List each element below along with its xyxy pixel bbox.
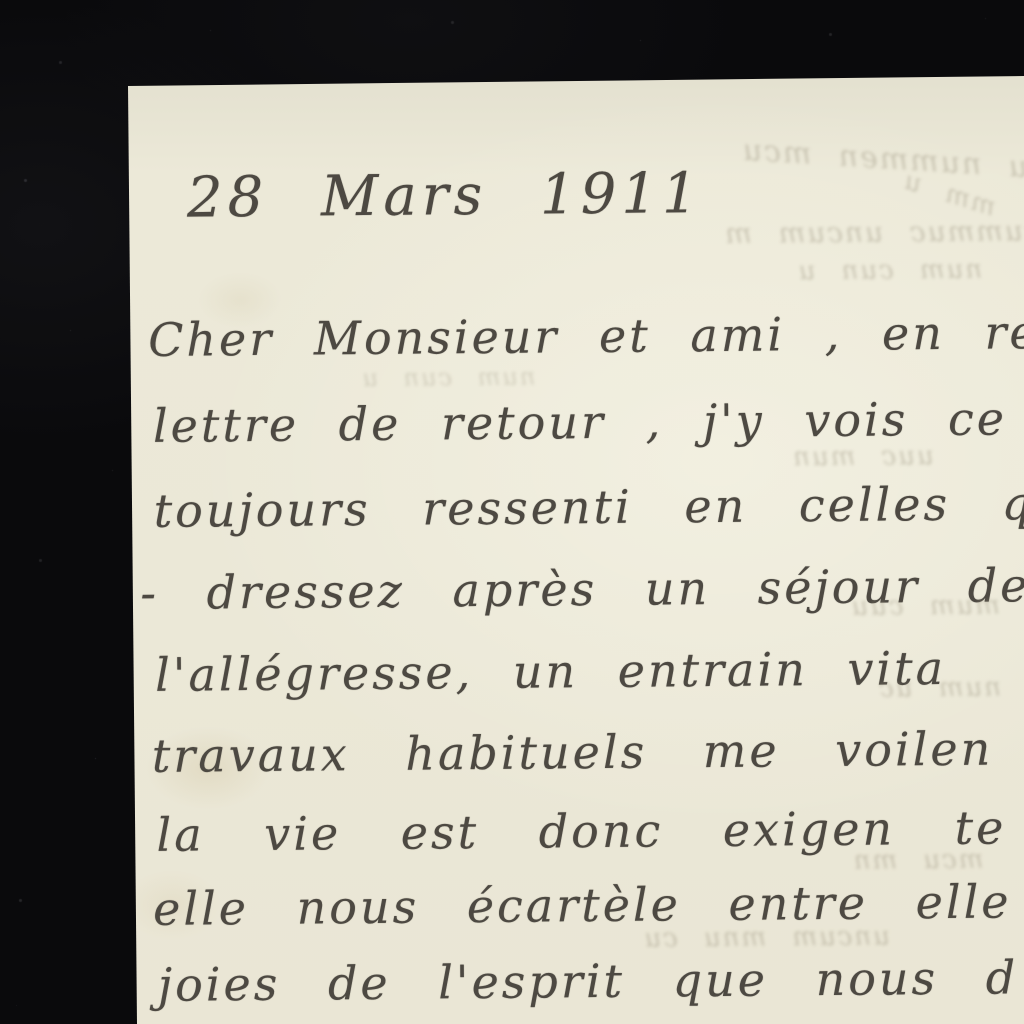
handwriting-layer: 28 Mars 1911 Cher Monsieur et ami , en r…	[0, 0, 1024, 1024]
dust-specks	[0, 0, 1, 1]
handwritten-line-6: travaux habituels me voilen	[152, 722, 994, 783]
bleedthrough-line: mum cuu	[849, 591, 1000, 622]
bleedthrough-line: uncum mnu cu	[642, 921, 890, 953]
handwritten-line-9: joies de l'esprit que nous d	[158, 950, 1019, 1012]
letter-paper: 28 Mars 1911 Cher Monsieur et ami , en r…	[0, 0, 1024, 1024]
bleedthrough-line: num cun u	[796, 255, 982, 287]
bleedthrough-line: num uc	[877, 673, 1001, 704]
handwritten-line-3: toujours ressenti en celles qu	[153, 476, 1024, 538]
handwritten-line-1: Cher Monsieur et ami , en re	[148, 305, 1024, 367]
letter-date: 28 Mars 1911	[187, 161, 703, 230]
handwritten-line-5: l'allégresse, un entrain vita	[155, 641, 946, 702]
bleedthrough-line: mcu mn	[852, 845, 984, 876]
photo-background: 28 Mars 1911 Cher Monsieur et ami , en r…	[0, 0, 1024, 1024]
bleedthrough-line: num cun u	[360, 363, 535, 393]
bleedthrough-line: uuc mun	[791, 441, 934, 472]
bleedthrough-line: uncu nummen mcu	[740, 133, 1024, 189]
